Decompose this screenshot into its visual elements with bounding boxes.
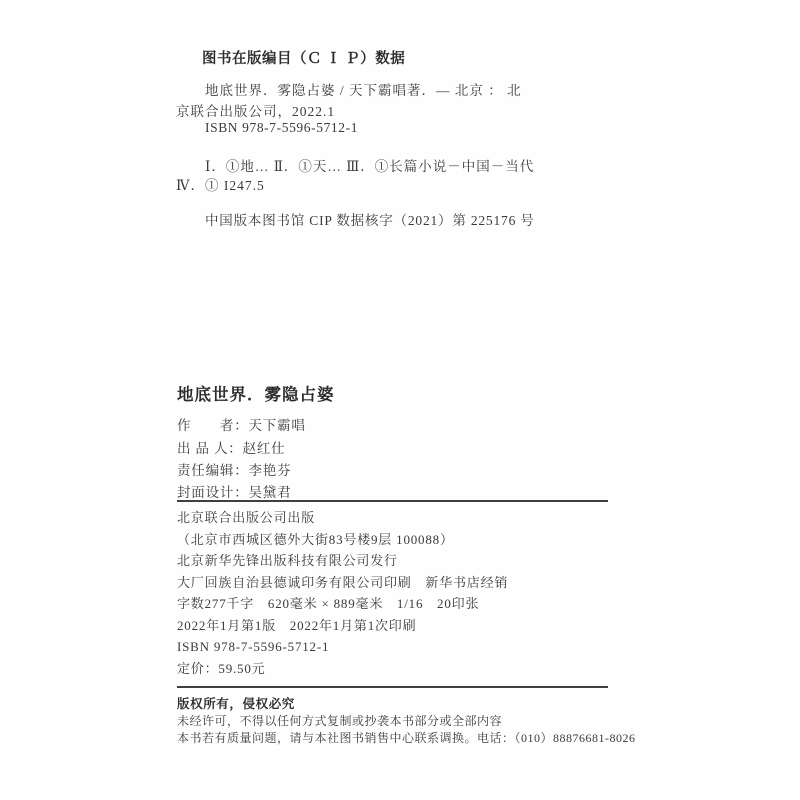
publication-info: 北京联合出版公司出版 （北京市西城区德外大街83号楼9层 100088） 北京新…	[177, 507, 508, 679]
credit-cover-designer: 封面设计：吴黛君	[177, 481, 291, 501]
credit-value: 李艳芬	[249, 463, 292, 478]
distributor-line: 北京新华先锋出版科技有限公司发行	[177, 550, 508, 572]
credit-label: 责任编辑：	[177, 463, 249, 478]
cip-classification-line: Ⅰ．①地… Ⅱ．①天… Ⅲ．①长篇小说－中国－当代	[205, 155, 534, 175]
quality-hotline-line: 本书若有质量问题，请与本社图书销售中心联系调换。电话：（010）88876681…	[177, 729, 636, 746]
cip-classification-line: Ⅳ．① I247.5	[176, 174, 265, 194]
copyright-page: 图书在版编目（Ｃ Ｉ Ｐ）数据 地底世界．雾隐占婆 / 天下霸唱著．— 北京 ：…	[0, 0, 800, 800]
cip-entry-line: 京联合出版公司，2022.1	[176, 100, 335, 120]
credit-value: 天下霸唱	[249, 418, 306, 433]
divider-rule	[177, 500, 608, 502]
credit-label: 作 者：	[177, 418, 249, 433]
format-line: 字数277千字 620毫米 × 889毫米 1/16 20印张	[177, 593, 508, 615]
publisher-line: 北京联合出版公司出版	[177, 507, 508, 529]
publisher-address: （北京市西城区德外大街83号楼9层 100088）	[177, 529, 508, 551]
cip-registry-number: 中国版本图书馆 CIP 数据核字（2021）第 225176 号	[205, 209, 535, 229]
divider-rule	[177, 686, 608, 688]
cip-isbn: ISBN 978-7-5596-5712-1	[205, 120, 358, 136]
copyright-notice: 版权所有，侵权必究	[177, 694, 295, 712]
credit-value: 吴黛君	[249, 485, 292, 500]
isbn-line: ISBN 978-7-5596-5712-1	[177, 636, 508, 658]
book-title: 地底世界．雾隐占婆	[177, 381, 335, 405]
credit-value: 赵红仕	[243, 441, 286, 456]
cip-entry-line: 地底世界．雾隐占婆 / 天下霸唱著．— 北京 ： 北	[205, 79, 522, 99]
credit-label: 封面设计：	[177, 485, 249, 500]
price-line: 定价：59.50元	[177, 658, 508, 680]
copyright-restriction-line: 未经许可，不得以任何方式复制或抄袭本书部分或全部内容	[177, 712, 502, 729]
edition-line: 2022年1月第1版 2022年1月第1次印刷	[177, 615, 508, 637]
printer-line: 大厂回族自治县德诚印务有限公司印刷 新华书店经销	[177, 572, 508, 594]
credit-editor: 责任编辑：李艳芬	[177, 459, 291, 479]
credit-label: 出 品 人：	[177, 441, 243, 456]
credit-producer: 出 品 人：赵红仕	[177, 437, 285, 457]
cip-heading: 图书在版编目（Ｃ Ｉ Ｐ）数据	[202, 47, 405, 68]
credit-author: 作 者：天下霸唱	[177, 414, 306, 434]
